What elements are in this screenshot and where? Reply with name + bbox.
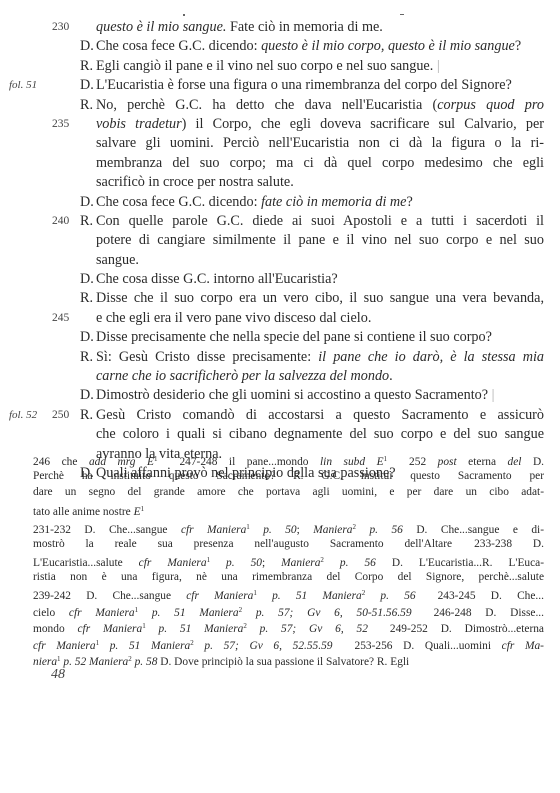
text-segment: il pane che io darò, è la stessa mia (318, 349, 544, 365)
text-segment: Fate ciò in memoria di me. (226, 19, 382, 35)
text-segment: Perchè ha instituito questo Sacramento? … (33, 470, 544, 482)
text-line: sacrificò in croce per nostra salute. (0, 173, 560, 192)
text-segment: p. 51 Maniera (138, 607, 239, 619)
line-text: Con quelle parole G.C. diede ai suoi Apo… (96, 212, 544, 231)
text-segment: D. Che...sangue e di- (403, 524, 544, 536)
text-segment: p. 57; Gv 6, 52.55.59 (194, 640, 333, 652)
text-segment: vobis tradetur (96, 116, 182, 132)
text-segment: 253-256 D. Quali...uomini (355, 640, 502, 652)
line-text: carne che io sacrificherò per la salvezz… (96, 367, 544, 386)
text-segment: questo è il mio sangue. (96, 19, 226, 35)
line-text: Egli cangiò il pane e il vino nel suo co… (96, 57, 544, 76)
speaker-label: R. (80, 289, 93, 308)
text-segment: D. Dove principiò la sua passione il Sal… (157, 656, 409, 668)
text-segment: 247-248 il pane...mondo (179, 456, 320, 468)
line-text: sangue. (96, 251, 544, 270)
document-page: 230questo è il mio sangue. Fate ciò in m… (0, 0, 560, 793)
line-text: e che egli era il vero pane vivo disceso… (96, 309, 544, 328)
text-segment: Con quelle parole G.C. diede ai suoi Apo… (96, 213, 544, 229)
text-segment: corpus quod pro (437, 97, 544, 113)
line-text: salvare gli uomini. Perciò nell'Eucarist… (96, 134, 544, 153)
apparatus-line: 246 che add mrg E1247-248 il pane...mond… (33, 451, 544, 468)
text-segment: cielo (33, 607, 69, 619)
apparatus-line: 239-242 D. Che...sangue cfr Maniera1 p. … (33, 585, 544, 602)
text-segment: ) il Corpo, che egli doveva sacrificare … (182, 116, 544, 132)
text-line: fol. 51D.L'Eucaristia è forse una figura… (0, 76, 560, 95)
page-number: 48 (51, 667, 65, 683)
text-segment: cfr Maniera (186, 590, 253, 602)
text-segment: che coloro i quali si cibano degnamente … (96, 426, 544, 442)
text-segment: Dimostrò desiderio che gli uomini si acc… (96, 387, 492, 403)
text-segment: sangue. (96, 252, 139, 268)
speaker-label: D. (80, 386, 94, 405)
line-text: Disse precisamente che nella specie del … (96, 328, 544, 347)
text-segment: ; (297, 524, 314, 536)
line-number: 250 (52, 406, 69, 425)
line-text: L'Eucaristia è forse una figura o una ri… (96, 76, 544, 95)
speaker-label: R. (80, 57, 93, 76)
apparatus-line: mostrò la reale sua presenza nell'august… (33, 536, 544, 553)
text-segment: cfr Maniera (139, 557, 207, 569)
text-segment: p. 50 (210, 557, 262, 569)
line-text: Dimostrò desiderio che gli uomini si acc… (96, 386, 544, 405)
text-segment: tato alle anime nostre (33, 506, 134, 518)
text-segment: D. L'Eucaristia...R. L'Euca- (376, 557, 544, 569)
siglum-superscript: 1 (154, 455, 158, 463)
text-segment: mostrò la reale sua presenza nell'august… (33, 538, 452, 550)
text-segment: p. 57; Gv 6, 50-51.56.59 (242, 607, 411, 619)
text-segment: cfr Maniera (77, 623, 142, 635)
sources-apparatus: 231-232 D. Che...sangue cfr Maniera1 p. … (33, 519, 544, 668)
text-segment: Disse precisamente che nella specie del … (96, 329, 492, 345)
apparatus-line: dare un segno del grande amore che porta… (33, 484, 544, 501)
line-number: 245 (52, 309, 69, 328)
line-number: 230 (52, 18, 69, 37)
text-segment: p. 57; Gv 6, 52 (247, 623, 368, 635)
text-segment: potere di cangiare similmente il pane e … (96, 232, 544, 248)
text-segment: salvare gli uomini. Perciò nell'Eucarist… (96, 135, 544, 151)
folio-reference: fol. 51 (9, 76, 37, 95)
text-segment: Egli cangiò il pane e il vino nel suo co… (96, 58, 437, 74)
text-segment: cfr Maniera (69, 607, 135, 619)
text-segment: L'Eucaristia...salute (33, 557, 139, 569)
text-segment: lin subd E (320, 456, 384, 468)
text-line: membranza del suo corpo; ma ci dà quel c… (0, 154, 560, 173)
line-number: 235 (52, 115, 69, 134)
speaker-label: D. (80, 76, 94, 95)
line-text: No, perchè G.C. ha detto che dava nell'E… (96, 96, 544, 115)
line-text: Gesù Cristo comandò di accostarsi a ques… (96, 406, 544, 425)
text-segment: ? (515, 38, 521, 54)
text-line: potere di cangiare similmente il pane e … (0, 231, 560, 250)
text-segment: p. 51 Maniera (146, 623, 244, 635)
folio-break-marker: | (437, 58, 440, 74)
text-segment: p. 52 Maniera (61, 656, 129, 668)
text-segment: Che cosa fece G.C. dicendo: (96, 194, 261, 210)
text-line: D.Che cosa disse G.C. intorno all'Eucari… (0, 270, 560, 289)
text-segment: Maniera (313, 524, 352, 536)
text-segment: p. 58 (132, 656, 158, 668)
text-line: R.Disse che il suo corpo era un vero cib… (0, 289, 560, 308)
text-segment: mondo (33, 623, 77, 635)
text-segment: p. 56 (365, 590, 415, 602)
apparatus-line: L'Eucaristia...salute cfr Maniera1 p. 50… (33, 552, 544, 569)
text-segment: ? (406, 194, 412, 210)
line-number: 240 (52, 212, 69, 231)
text-line: D.Che cosa fece G.C. dicendo: fate ciò i… (0, 193, 560, 212)
speaker-label: D. (80, 193, 94, 212)
apparatus-line: tato alle anime nostre E1 (33, 501, 544, 518)
text-segment: cfr Maniera (181, 524, 246, 536)
text-line: R.No, perchè G.C. ha detto che dava nell… (0, 96, 560, 115)
text-line: 230questo è il mio sangue. Fate ciò in m… (0, 18, 560, 37)
text-segment: dare un segno del grande amore che porta… (33, 486, 544, 498)
text-line: R.Egli cangiò il pane e il vino nel suo … (0, 57, 560, 76)
speaker-label: D. (80, 37, 94, 56)
apparatus-line: Perchè ha instituito questo Sacramento? … (33, 468, 544, 485)
line-text: Che cosa fece G.C. dicendo: fate ciò in … (96, 193, 544, 212)
text-segment: 249-252 D. Dimostrò...eterna (390, 623, 544, 635)
apparatus-line: cfr Maniera1 p. 51 Maniera2 p. 57; Gv 6,… (33, 635, 544, 652)
siglum-superscript: 1 (384, 455, 388, 463)
text-line: 240R.Con quelle parole G.C. diede ai suo… (0, 212, 560, 231)
line-text: questo è il mio sangue. Fate ciò in memo… (96, 18, 544, 37)
text-segment: 246 che (33, 456, 89, 468)
folio-break-marker: | (492, 387, 495, 403)
text-segment: 252 (409, 456, 438, 468)
text-segment: questo è il mio corpo, questo è il mio s… (261, 38, 515, 54)
text-segment: E (134, 506, 141, 518)
text-segment: membranza del suo corpo; ma ci dà quel c… (96, 155, 544, 171)
text-segment: p. 56 (356, 524, 403, 536)
text-segment: ristia non è una figura, nè una rimembra… (33, 571, 544, 583)
speaker-label: R. (80, 406, 93, 425)
text-line: fol. 52250R.Gesù Cristo comandò di accos… (0, 406, 560, 425)
folio-reference: fol. 52 (9, 406, 37, 425)
text-line: che coloro i quali si cibano degnamente … (0, 425, 560, 444)
line-text: sacrificò in croce per nostra salute. (96, 173, 544, 192)
text-line: R.Sì: Gesù Cristo disse precisamente: il… (0, 348, 560, 367)
text-segment: L'Eucaristia è forse una figura o una ri… (96, 77, 512, 93)
text-segment: del (508, 456, 522, 468)
line-text: vobis tradetur) il Corpo, che egli dovev… (96, 115, 544, 134)
apparatus-line: 231-232 D. Che...sangue cfr Maniera1 p. … (33, 519, 544, 536)
main-text: 230questo è il mio sangue. Fate ciò in m… (0, 18, 560, 483)
speaker-label: R. (80, 96, 93, 115)
text-line: carne che io sacrificherò per la salvezz… (0, 367, 560, 386)
line-text: membranza del suo corpo; ma ci dà quel c… (96, 154, 544, 173)
text-segment: post (438, 456, 457, 468)
text-line: 235vobis tradetur) il Corpo, che egli do… (0, 115, 560, 134)
critical-apparatus: 246 che add mrg E1247-248 il pane...mond… (33, 451, 544, 517)
text-segment: Che cosa fece G.C. dicendo: (96, 38, 261, 54)
text-segment: p. 51 Maniera (257, 590, 362, 602)
speaker-label: D. (80, 270, 94, 289)
text-line: D.Disse precisamente che nella specie de… (0, 328, 560, 347)
text-segment: Disse che il suo corpo era un vero cibo,… (96, 290, 544, 306)
apparatus-line: niera1 p. 52 Maniera2 p. 58 D. Dove prin… (33, 651, 544, 668)
text-segment: p. 56 (324, 557, 376, 569)
text-segment: p. 51 Maniera (99, 640, 190, 652)
line-text: Disse che il suo corpo era un vero cibo,… (96, 289, 544, 308)
text-segment: p. 50 (250, 524, 297, 536)
text-segment: Che cosa disse G.C. intorno all'Eucarist… (96, 271, 338, 287)
line-text: Che cosa fece G.C. dicendo: questo è il … (96, 37, 544, 56)
text-segment: 233-238 D. (474, 538, 544, 550)
siglum-superscript: 1 (141, 505, 145, 513)
line-text: potere di cangiare similmente il pane e … (96, 231, 544, 250)
text-segment: fate ciò in memoria di me (261, 194, 406, 210)
text-segment: Maniera (281, 557, 320, 569)
text-line: salvare gli uomini. Perciò nell'Eucarist… (0, 134, 560, 153)
text-segment: ; (262, 557, 281, 569)
text-segment: Sì: Gesù Cristo disse precisamente: (96, 349, 318, 365)
line-text: Che cosa disse G.C. intorno all'Eucarist… (96, 270, 544, 289)
text-segment: . (389, 368, 393, 384)
speaker-label: R. (80, 348, 93, 367)
text-line: sangue. (0, 251, 560, 270)
text-segment: cfr Maniera (33, 640, 96, 652)
text-segment: cfr Ma- (502, 640, 544, 652)
text-segment: add mrg E (89, 456, 154, 468)
speaker-label: R. (80, 212, 93, 231)
line-text: Sì: Gesù Cristo disse precisamente: il p… (96, 348, 544, 367)
apparatus-line: ristia non è una figura, nè una rimembra… (33, 569, 544, 586)
text-segment: eterna (457, 456, 508, 468)
text-segment: No, perchè G.C. ha detto che dava nell'E… (96, 97, 437, 113)
text-segment: 239-242 D. Che...sangue (33, 590, 186, 602)
text-segment: e che egli era il vero pane vivo disceso… (96, 310, 371, 326)
text-line: 245e che egli era il vero pane vivo disc… (0, 309, 560, 328)
text-segment: 231-232 D. Che...sangue (33, 524, 181, 536)
text-segment: carne che io sacrificherò per la salvezz… (96, 368, 389, 384)
apparatus-line: cielo cfr Maniera1 p. 51 Maniera2 p. 57;… (33, 602, 544, 619)
text-segment: Gesù Cristo comandò di accostarsi a ques… (96, 407, 544, 423)
text-line: D.Dimostrò desiderio che gli uomini si a… (0, 386, 560, 405)
text-line: D.Che cosa fece G.C. dicendo: questo è i… (0, 37, 560, 56)
text-segment: D. (521, 456, 544, 468)
line-text: che coloro i quali si cibano degnamente … (96, 425, 544, 444)
speaker-label: D. (80, 328, 94, 347)
text-segment: 246-248 D. Disse... (434, 607, 544, 619)
text-segment: 243-245 D. Che... (438, 590, 544, 602)
text-segment: sacrificò in croce per nostra salute. (96, 174, 294, 190)
apparatus-line: mondo cfr Maniera1 p. 51 Maniera2 p. 57;… (33, 618, 544, 635)
